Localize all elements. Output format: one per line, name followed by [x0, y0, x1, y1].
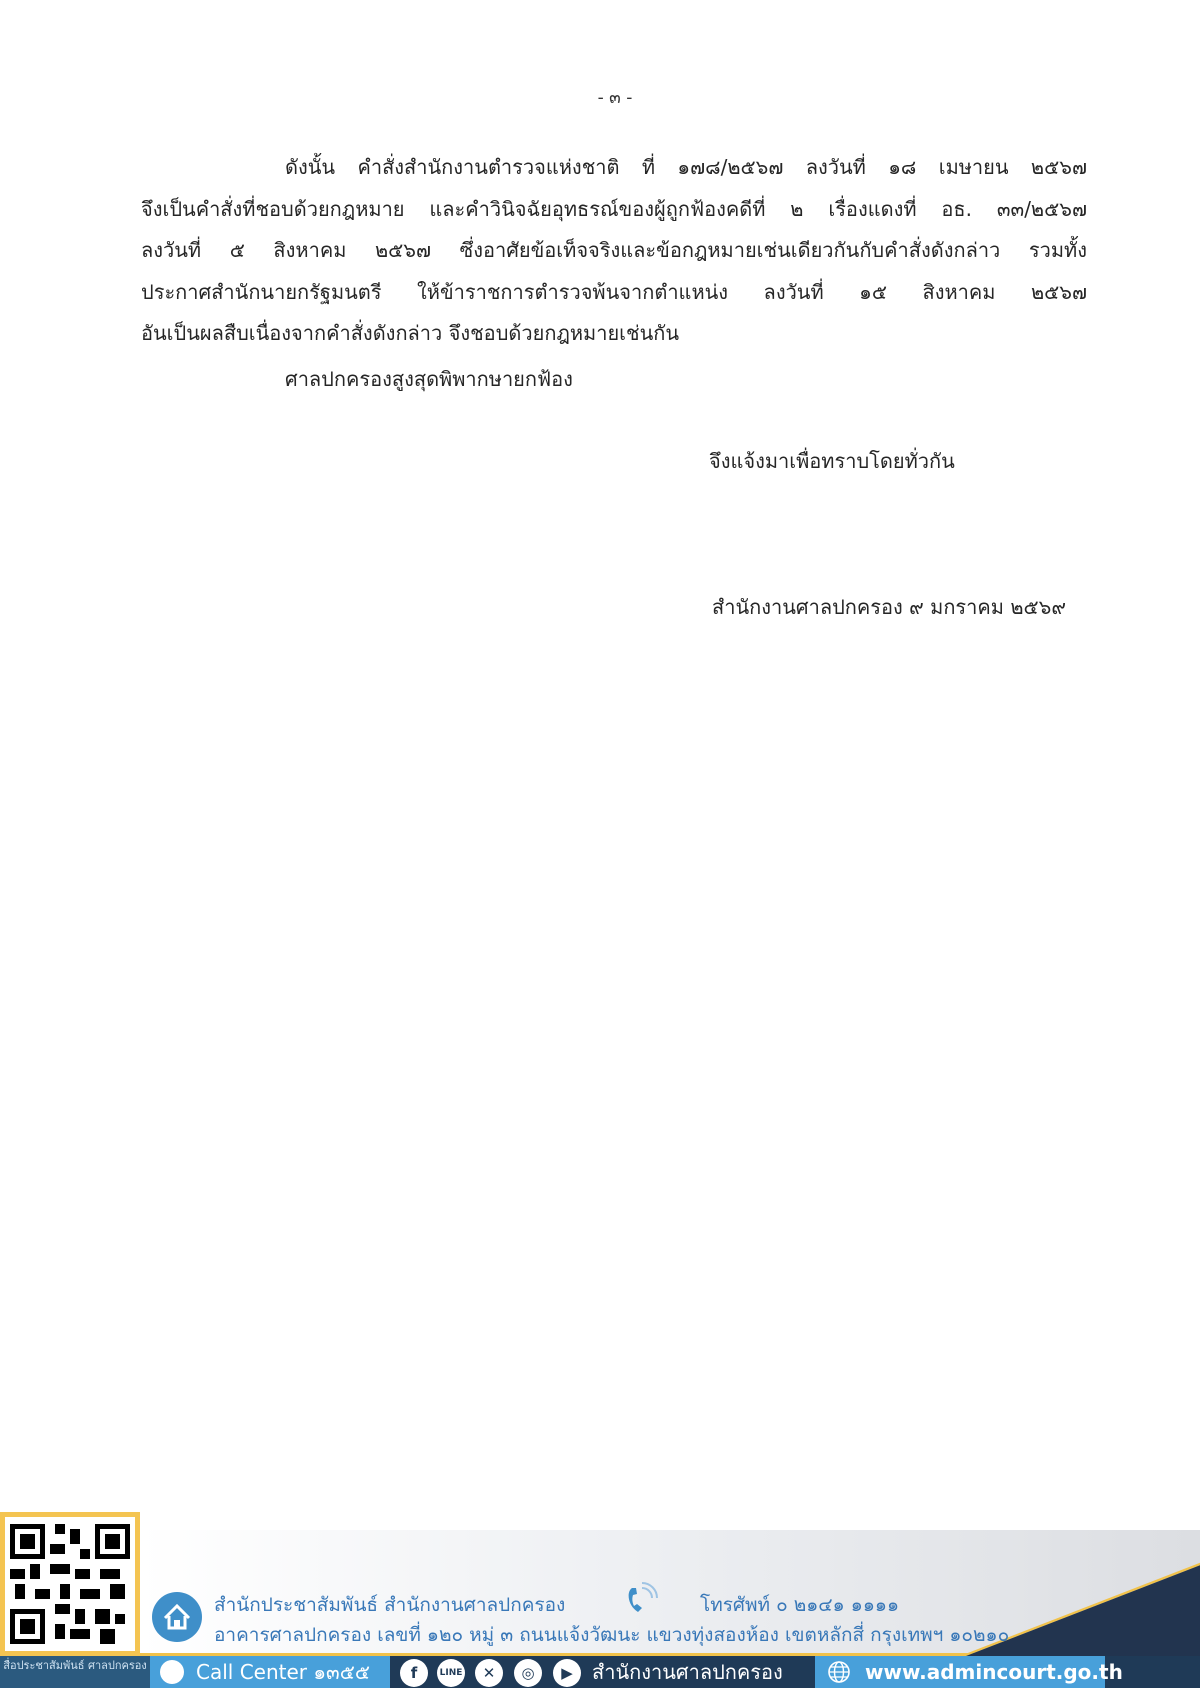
youtube-icon[interactable]: ▶: [553, 1659, 581, 1687]
social-office-name: สำนักงานศาลปกครอง: [592, 1656, 783, 1688]
facebook-icon[interactable]: f: [400, 1659, 428, 1687]
qr-code-icon: [5, 1517, 135, 1651]
closing-text: จึงแจ้งมาเพื่อทราบโดยทั่วกัน: [709, 445, 955, 477]
footer-banner: สื่อประชาสัมพันธ์ ศาลปกครอง สำนักประชาสั…: [0, 1512, 1200, 1688]
paragraph-line: ลงวันที่ ๕ สิงหาคม ๒๕๖๗ ซึ่งอาศัยข้อเท็จ…: [141, 230, 1087, 272]
paragraph-line: ประกาศสำนักนายกรัฐมนตรี ให้ข้าราชการตำรว…: [141, 272, 1087, 314]
instagram-icon[interactable]: ◎: [514, 1659, 542, 1687]
phone-icon: [620, 1580, 660, 1620]
paragraph-line: ดังนั้น คำสั่งสำนักงานตำรวจแห่งชาติ ที่ …: [141, 147, 1087, 189]
qr-label: สื่อประชาสัมพันธ์ ศาลปกครอง: [0, 1656, 150, 1688]
paragraph-line: อันเป็นผลสืบเนื่องจากคำสั่งดังกล่าว จึงช…: [141, 313, 1087, 355]
qr-code[interactable]: [0, 1512, 140, 1656]
call-center-label: Call Center ๑๓๕๕: [196, 1660, 370, 1684]
phone-number: โทรศัพท์ ๐ ๒๑๔๑ ๑๑๑๑: [700, 1590, 899, 1620]
office-name: สำนักประชาสัมพันธ์ สำนักงานศาลปกครอง: [214, 1590, 565, 1620]
page-number: - ๓ -: [0, 84, 1200, 111]
phone-icon: [160, 1660, 184, 1684]
paragraph-line: จึงเป็นคำสั่งที่ชอบด้วยกฎหมาย และคำวินิจ…: [141, 189, 1087, 231]
website-url: www.admincourt.go.th: [865, 1660, 1123, 1684]
globe-icon: [827, 1660, 851, 1684]
office-address: อาคารศาลปกครอง เลขที่ ๑๒๐ หมู่ ๓ ถนนแจ้ง…: [214, 1620, 1009, 1650]
x-icon[interactable]: ✕: [475, 1659, 503, 1687]
verdict-text: ศาลปกครองสูงสุดพิพากษายกฟ้อง: [285, 363, 573, 395]
signoff-text: สำนักงานศาลปกครอง ๙ มกราคม ๒๕๖๙: [712, 591, 1066, 623]
call-center-badge[interactable]: Call Center ๑๓๕๕: [150, 1656, 390, 1688]
home-icon: [152, 1592, 202, 1642]
line-icon[interactable]: LINE: [437, 1659, 465, 1687]
document-body: ดังนั้น คำสั่งสำนักงานตำรวจแห่งชาติ ที่ …: [141, 147, 1087, 355]
website-link[interactable]: www.admincourt.go.th: [815, 1656, 1105, 1688]
